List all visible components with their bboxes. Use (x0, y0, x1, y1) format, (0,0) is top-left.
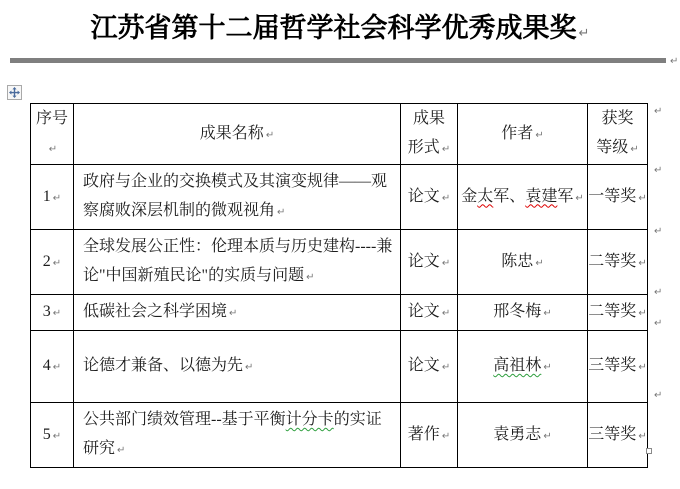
paragraph-mark-icon: ↵ (535, 130, 543, 141)
name-line: 察腐败深层机制的微观视角↵ (83, 196, 396, 227)
table-resize-handle-icon[interactable] (646, 448, 652, 454)
paragraph-mark-icon: ↵ (442, 431, 450, 442)
paragraph-mark-icon: ↵ (442, 258, 450, 269)
table-move-handle-icon[interactable] (7, 85, 22, 100)
paragraph-mark-icon: ↵ (117, 445, 125, 456)
cell-name[interactable]: 政府与企业的交换模式及其演变规律——观 察腐败深层机制的微观视角↵ (74, 165, 401, 230)
paragraph-mark-icon: ↵ (638, 308, 646, 319)
paragraph-mark-icon: ↵ (579, 26, 590, 41)
cell-award[interactable]: 二等奖↵ (588, 295, 648, 331)
paragraph-mark-icon: ↵ (49, 144, 57, 155)
header-cell-name[interactable]: 成果名称↵ (74, 104, 401, 165)
paragraph-mark-icon: ↵ (229, 308, 237, 319)
paragraph-mark-icon: ↵ (442, 144, 450, 155)
cell-award[interactable]: 一等奖↵ (588, 165, 648, 230)
document-title[interactable]: 江苏省第十二届哲学社会科学优秀成果奖↵ (0, 10, 680, 52)
paragraph-mark-icon: ↵ (266, 130, 274, 141)
cell-form[interactable]: 论文↵ (401, 165, 458, 230)
paragraph-mark-icon: ↵ (277, 207, 285, 218)
table-row: 2↵ 全球发展公正性：伦理本质与历史建构----兼 论"中国新殖民论"的实质与问… (31, 230, 648, 295)
paragraph-mark-icon: ↵ (535, 258, 543, 269)
paragraph-mark-icon: ↵ (53, 308, 61, 319)
paragraph-mark-icon: ↵ (670, 56, 678, 67)
four-way-arrow-icon (9, 87, 20, 98)
header-cell-award[interactable]: 获奖 等级↵ (588, 104, 648, 165)
title-divider-bar (10, 58, 666, 63)
paragraph-mark-icon: ↵ (630, 144, 638, 155)
row-end-mark-icon: ↵ (654, 390, 662, 401)
cell-index[interactable]: 4↵ (31, 331, 74, 403)
paragraph-mark-icon: ↵ (575, 193, 583, 204)
cell-form[interactable]: 论文↵ (401, 230, 458, 295)
grammar-underline: 计分卡 (286, 411, 334, 428)
row-end-mark-icon: ↵ (654, 287, 662, 298)
row-end-mark-icon: ↵ (654, 226, 662, 237)
name-line: 研究↵ (83, 434, 396, 465)
header-cell-form[interactable]: 成果 形式↵ (401, 104, 458, 165)
cell-author[interactable]: 邢冬梅↵ (458, 295, 588, 331)
spellcheck-underline: 太 (477, 188, 493, 205)
paragraph-mark-icon: ↵ (543, 308, 551, 319)
paragraph-mark-icon: ↵ (53, 258, 61, 269)
row-end-mark-icon: ↵ (654, 165, 662, 176)
cell-index[interactable]: 5↵ (31, 403, 74, 468)
header-form-line1: 成果 (401, 104, 457, 133)
paragraph-mark-icon: ↵ (245, 362, 253, 373)
name-line: 政府与企业的交换模式及其演变规律——观 (83, 167, 396, 196)
header-form-line2: 形式↵ (401, 133, 457, 164)
paragraph-mark-icon: ↵ (543, 362, 551, 373)
table-header-row: 序号↵ 成果名称↵ 成果 形式↵ 作者↵ 获奖 等级↵ (31, 104, 648, 165)
paragraph-mark-icon: ↵ (53, 362, 61, 373)
paragraph-mark-icon: ↵ (638, 193, 646, 204)
header-award-line1: 获奖 (588, 104, 647, 133)
row-end-mark-icon: ↵ (654, 318, 662, 329)
paragraph-mark-icon: ↵ (543, 431, 551, 442)
name-line: 公共部门绩效管理--基于平衡计分卡的实证 (83, 405, 396, 434)
header-award-line2: 等级↵ (588, 133, 647, 164)
table-row: 1↵ 政府与企业的交换模式及其演变规律——观 察腐败深层机制的微观视角↵ 论文↵… (31, 165, 648, 230)
header-cell-index[interactable]: 序号↵ (31, 104, 74, 165)
paragraph-mark-icon: ↵ (638, 258, 646, 269)
table-row: 3↵ 低碳社会之科学困境↵ 论文↵ 邢冬梅↵ 二等奖↵ (31, 295, 648, 331)
cell-form[interactable]: 论文↵ (401, 295, 458, 331)
paragraph-mark-icon: ↵ (53, 431, 61, 442)
table-row: 5↵ 公共部门绩效管理--基于平衡计分卡的实证 研究↵ 著作↵ 袁勇志↵ 三等奖… (31, 403, 648, 468)
paragraph-mark-icon: ↵ (638, 431, 646, 442)
cell-award[interactable]: 二等奖↵ (588, 230, 648, 295)
cell-author[interactable]: 高祖林↵ (458, 331, 588, 403)
paragraph-mark-icon: ↵ (442, 193, 450, 204)
table-row: 4↵ 论德才兼备、以德为先↵ 论文↵ 高祖林↵ 三等奖↵ (31, 331, 648, 403)
row-end-mark-icon: ↵ (654, 106, 662, 117)
cell-index[interactable]: 2↵ (31, 230, 74, 295)
grammar-underline: 高祖林 (493, 357, 541, 374)
document-page: 江苏省第十二届哲学社会科学优秀成果奖↵ ↵ 序号↵ 成果名称↵ 成果 形式↵ 作… (0, 0, 680, 489)
paragraph-mark-icon: ↵ (638, 362, 646, 373)
cell-form[interactable]: 论文↵ (401, 331, 458, 403)
header-cell-author[interactable]: 作者↵ (458, 104, 588, 165)
cell-award[interactable]: 三等奖↵ (588, 403, 648, 468)
document-title-text: 江苏省第十二届哲学社会科学优秀成果奖 (91, 13, 577, 43)
paragraph-mark-icon: ↵ (53, 193, 61, 204)
name-line: 全球发展公正性：伦理本质与历史建构----兼 (83, 232, 396, 261)
cell-author[interactable]: 金太军、袁建军↵ (458, 165, 588, 230)
spellcheck-underline: 袁建 (525, 188, 557, 205)
name-line: 论"中国新殖民论"的实质与问题↵ (83, 261, 396, 292)
cell-name[interactable]: 公共部门绩效管理--基于平衡计分卡的实证 研究↵ (74, 403, 401, 468)
cell-award[interactable]: 三等奖↵ (588, 331, 648, 403)
cell-author[interactable]: 袁勇志↵ (458, 403, 588, 468)
cell-name[interactable]: 全球发展公正性：伦理本质与历史建构----兼 论"中国新殖民论"的实质与问题↵ (74, 230, 401, 295)
paragraph-mark-icon: ↵ (306, 272, 314, 283)
cell-index[interactable]: 3↵ (31, 295, 74, 331)
cell-name[interactable]: 低碳社会之科学困境↵ (74, 295, 401, 331)
cell-author[interactable]: 陈忠↵ (458, 230, 588, 295)
paragraph-mark-icon: ↵ (442, 362, 450, 373)
author-text: 金太军、袁建军 (461, 188, 573, 205)
cell-name[interactable]: 论德才兼备、以德为先↵ (74, 331, 401, 403)
cell-form[interactable]: 著作↵ (401, 403, 458, 468)
awards-table: 序号↵ 成果名称↵ 成果 形式↵ 作者↵ 获奖 等级↵ 1↵ 政府与企业的交换模… (30, 103, 648, 468)
paragraph-mark-icon: ↵ (442, 308, 450, 319)
cell-index[interactable]: 1↵ (31, 165, 74, 230)
